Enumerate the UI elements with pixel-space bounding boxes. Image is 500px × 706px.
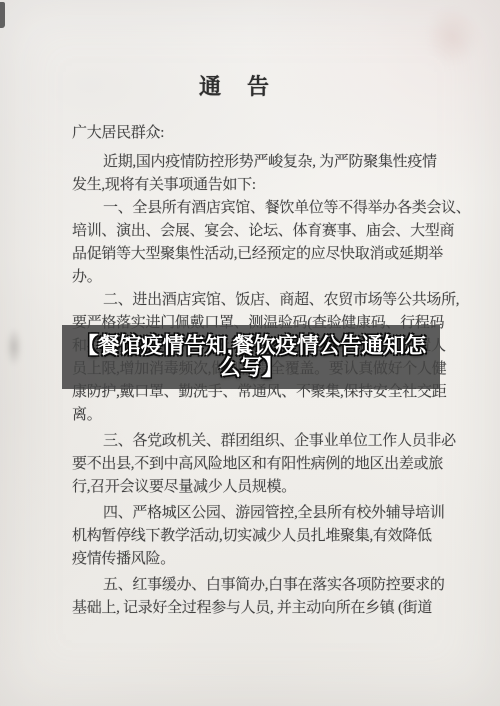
text-line: 培训、演出、会展、宴会、论坛、体育赛事、庙会、大型商 <box>72 220 444 243</box>
text-line: 基础上, 记录好全过程参与人员, 并主动向所在乡镇 (街道 <box>72 597 444 620</box>
scan-smudge-top-right <box>426 6 478 66</box>
text-line: 近期,国内疫情防控形势严峻复杂, 为严防聚集性疫情 <box>72 151 444 174</box>
text-line: 品促销等大型聚集性活动,已经预定的应尽快取消或延期举 <box>72 243 444 266</box>
text-line: 一、全县所有酒店宾馆、餐饮单位等不得举办各类会议、 <box>72 197 444 220</box>
scan-corner-artifact <box>0 2 5 28</box>
scan-smudge-left <box>6 328 22 366</box>
text-line: 要不出县,不到中高风险地区和有阳性病例的地区出差或旅 <box>72 453 444 476</box>
text-line: 离。 <box>72 404 444 427</box>
text-line: 办。 <box>72 266 444 289</box>
text-line: 五、红事缓办、白事简办,白事在落实各项防控要求的 <box>72 574 444 597</box>
caption-line-2: 么写】 <box>219 356 284 380</box>
notice-title: 通 告 <box>0 70 470 101</box>
document-photo: 通 告 广大居民群众: 近期,国内疫情防控形势严峻复杂, 为严防聚集性疫情发生,… <box>0 0 500 706</box>
text-line: 机构暂停线下教学活动,切实减少人员扎堆聚集,有效降低 <box>72 525 444 548</box>
text-line: 疫情传播风险。 <box>72 548 444 571</box>
salutation: 广大居民群众: <box>72 122 444 145</box>
text-line: 四、严格城区公园、游园管控,全县所有校外辅导培训 <box>72 502 444 525</box>
text-line: 发生,现将有关事项通告如下: <box>72 174 444 197</box>
text-line: 三、各党政机关、群团组织、企事业单位工作人员非必 <box>72 430 444 453</box>
text-line: 行,召开会议要尽量减少人员规模。 <box>72 476 444 499</box>
text-line: 二、进出酒店宾馆、饭店、商超、农贸市场等公共场所, <box>72 289 444 312</box>
caption-overlay: 【餐馆疫情告知,餐饮疫情公告通知怎 么写】 <box>62 325 440 389</box>
